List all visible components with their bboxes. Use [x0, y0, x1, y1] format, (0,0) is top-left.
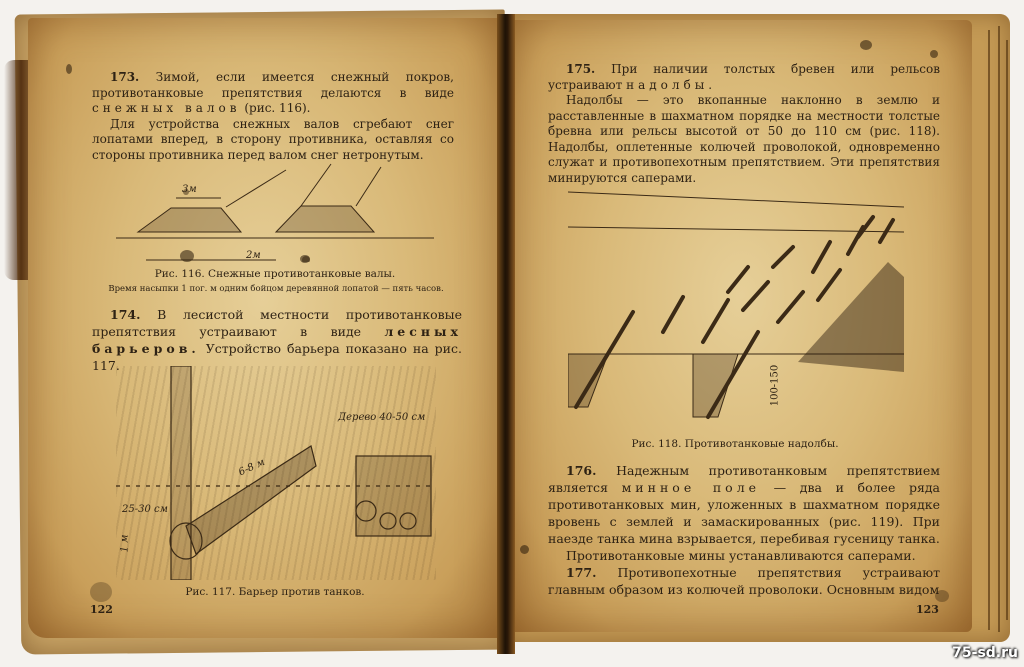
stain [520, 545, 529, 554]
stain [300, 255, 310, 263]
emphasis-text: надолбы. [626, 78, 716, 92]
section-number: 175. [566, 62, 595, 76]
paragraph-text: Зимой, если имеется снежный покров, прот… [92, 70, 454, 100]
stain [860, 40, 872, 50]
dimension-label: 25-30 см [122, 504, 168, 515]
figure-reference: (рис. 116). [244, 101, 310, 115]
figure-116-caption: Рис. 116. Снежные противотанковые валы. [110, 268, 440, 280]
stain [180, 250, 194, 262]
paragraph-text: Противопехотные препятствия устраивают г… [548, 565, 940, 597]
paragraph-174: 174. В лесистой местности противотанковы… [92, 306, 462, 374]
figure-117-caption: Рис. 117. Барьер против танков. [120, 586, 430, 598]
figure-118-dragon-teeth: 100-150 [568, 182, 904, 422]
paragraph-text: Надолбы — это вкопанные наклонно в землю… [548, 93, 940, 186]
paragraph-173: 173. Зимой, если имеется снежный покров,… [92, 70, 454, 163]
snow-wall-drawing [116, 162, 434, 262]
page-edge-line [1006, 40, 1008, 620]
dimension-label: Дерево 40-50 см [338, 412, 425, 423]
figure-116-snow-walls: 3м 2м [116, 162, 434, 262]
paragraph-text: При наличии толстых бревен или рельсов у… [548, 62, 940, 92]
figure-117-forest-barrier: Дерево 40-50 см 6-8 м 25-30 см 1 м [116, 366, 436, 580]
open-book: 173. Зимой, если имеется снежный покров,… [0, 0, 1024, 667]
dimension-label: 2м [246, 250, 261, 261]
dimension-label: 3м [182, 184, 197, 195]
emphasis-text: минное поле [622, 480, 760, 495]
paragraph-text: Противотанковые мины устанавливаются сап… [548, 547, 940, 564]
stain [66, 64, 72, 74]
anti-tank-stakes-drawing [568, 182, 904, 422]
page-edge-line [988, 30, 990, 630]
figure-118-caption: Рис. 118. Противотанковые надолбы. [570, 438, 900, 450]
book-spine [497, 14, 515, 654]
page-edge-line [998, 26, 1000, 632]
paragraph-176: 176. Надежным противотанковым препятстви… [548, 462, 940, 598]
section-number: 174. [110, 307, 140, 322]
forest-barrier-drawing [116, 366, 436, 580]
dimension-label: 1 м [119, 535, 130, 553]
stain [935, 590, 949, 602]
emphasis-text: снежных валов [92, 101, 241, 115]
stain [930, 50, 938, 58]
section-number: 177. [566, 565, 596, 580]
site-watermark: 75-sd.ru [952, 645, 1018, 661]
paragraph-175: 175. При наличии толстых бревен или рель… [548, 62, 940, 186]
section-number: 176. [566, 463, 596, 478]
page-number: 123 [916, 603, 939, 616]
paragraph-177: 177. Противопехотные препятствия устраив… [548, 564, 940, 598]
figure-116-subcaption: Время насыпки 1 пог. м одним бойцом дере… [86, 284, 466, 294]
dimension-label: 100-150 [769, 365, 780, 407]
paragraph-text: Для устройства снежных валов сгребают сн… [92, 117, 454, 164]
stain [90, 582, 112, 602]
page-number: 122 [90, 603, 113, 616]
section-number: 173. [110, 70, 139, 84]
